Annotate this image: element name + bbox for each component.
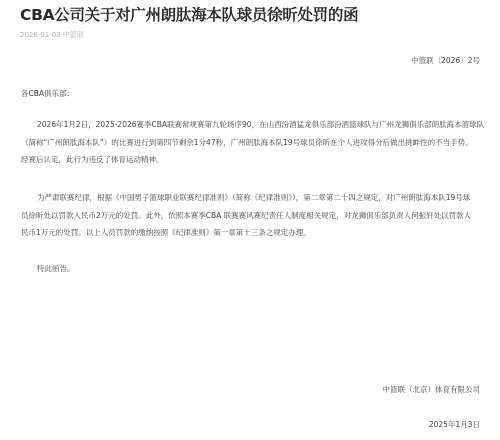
article-title: CBA公司关于对广州朗肽海本队球员徐昕处罚的函 xyxy=(20,3,358,25)
paragraph-line: 2026年1月2日，2025-2026赛季CBA联赛常规赛第九轮场序90，在山西… xyxy=(21,116,481,134)
article-meta: 2026-01-03 中篮联 xyxy=(20,30,84,40)
paragraph-line: 员徐昕处以罚款人民币2万元的处罚。此外，依照本赛季CBA 联赛赛风赛纪责任人制度… xyxy=(21,207,481,225)
closing-statement: 特此函告。 xyxy=(37,263,75,274)
paragraph-penalty: 为严肃联赛纪律，根据《中国男子篮球职业联赛纪律准则》（简称《纪律准则》），第二章… xyxy=(21,189,481,242)
signature-organization: 中篮联（北京）体育有限公司 xyxy=(383,384,481,395)
paragraph-line: 经赛后认定，此行为违反了体育运动精神。 xyxy=(21,151,481,169)
signature-date: 2025年1月3日 xyxy=(429,419,480,430)
paragraph-line: 民币1万元的处罚。以上人员罚款的缴纳按照《纪律准则》第一章第十三条之规定办理。 xyxy=(21,224,481,242)
document-number: 中篮联〔2026〕2号 xyxy=(411,55,480,66)
paragraph-line: （简称“广州朗肽海本队”）的比赛进行到第四节剩余1分47秒，广州朗肽海本队19号… xyxy=(21,134,481,152)
salutation: 各CBA俱乐部： xyxy=(21,88,74,99)
paragraph-incident: 2026年1月2日，2025-2026赛季CBA联赛常规赛第九轮场序90，在山西… xyxy=(21,116,481,169)
paragraph-line: 为严肃联赛纪律，根据《中国男子篮球职业联赛纪律准则》（简称《纪律准则》），第二章… xyxy=(21,189,481,207)
